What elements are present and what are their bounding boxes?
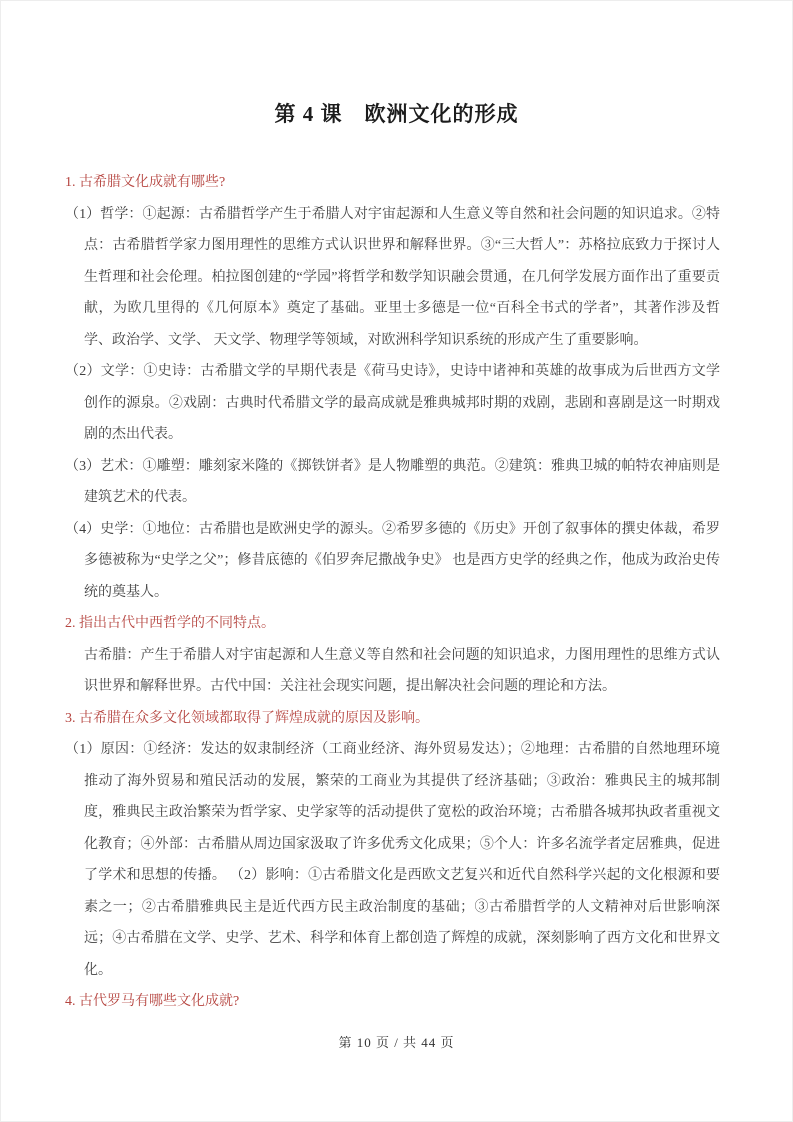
answer-paragraph: 古希腊：产生于希腊人对宇宙起源和人生意义等自然和社会问题的知识追求，力图用理性的… [84, 640, 720, 703]
answer-paragraph: （1）哲学：①起源：古希腊哲学产生于希腊人对宇宙起源和人生意义等自然和社会问题的… [84, 199, 720, 357]
section-question-2: 2. 指出古代中西哲学的不同特点。 古希腊：产生于希腊人对宇宙起源和人生意义等自… [65, 608, 720, 703]
answer-paragraph: （2）文学：①史诗：古希腊文学的早期代表是《荷马史诗》，史诗中诸神和英雄的故事成… [84, 356, 720, 451]
document-title: 第 4 课 欧洲文化的形成 [1, 1, 792, 128]
document-content: 1. 古希腊文化成就有哪些? （1）哲学：①起源：古希腊哲学产生于希腊人对宇宙起… [65, 167, 720, 1018]
page-number: 第 10 页 / 共 44 页 [1, 1034, 792, 1052]
question-heading-1: 1. 古希腊文化成就有哪些? [65, 167, 720, 199]
question-heading-3: 3. 古希腊在众多文化领域都取得了辉煌成就的原因及影响。 [65, 703, 720, 735]
section-question-3: 3. 古希腊在众多文化领域都取得了辉煌成就的原因及影响。 （1）原因：①经济：发… [65, 703, 720, 987]
question-heading-4: 4. 古代罗马有哪些文化成就? [65, 986, 720, 1018]
section-question-4: 4. 古代罗马有哪些文化成就? [65, 986, 720, 1018]
answer-paragraph: （4）史学：①地位：古希腊也是欧洲史学的源头。②希罗多德的《历史》开创了叙事体的… [84, 514, 720, 609]
document-page: 第 4 课 欧洲文化的形成 1. 古希腊文化成就有哪些? （1）哲学：①起源：古… [0, 0, 793, 1122]
section-question-1: 1. 古希腊文化成就有哪些? （1）哲学：①起源：古希腊哲学产生于希腊人对宇宙起… [65, 167, 720, 608]
answer-paragraph: （1）原因：①经济：发达的奴隶制经济（工商业经济、海外贸易发达）；②地理：古希腊… [84, 734, 720, 986]
answer-paragraph: （3）艺术：①雕塑：雕刻家米隆的《掷铁饼者》是人物雕塑的典范。②建筑：雅典卫城的… [84, 451, 720, 514]
question-heading-2: 2. 指出古代中西哲学的不同特点。 [65, 608, 720, 640]
